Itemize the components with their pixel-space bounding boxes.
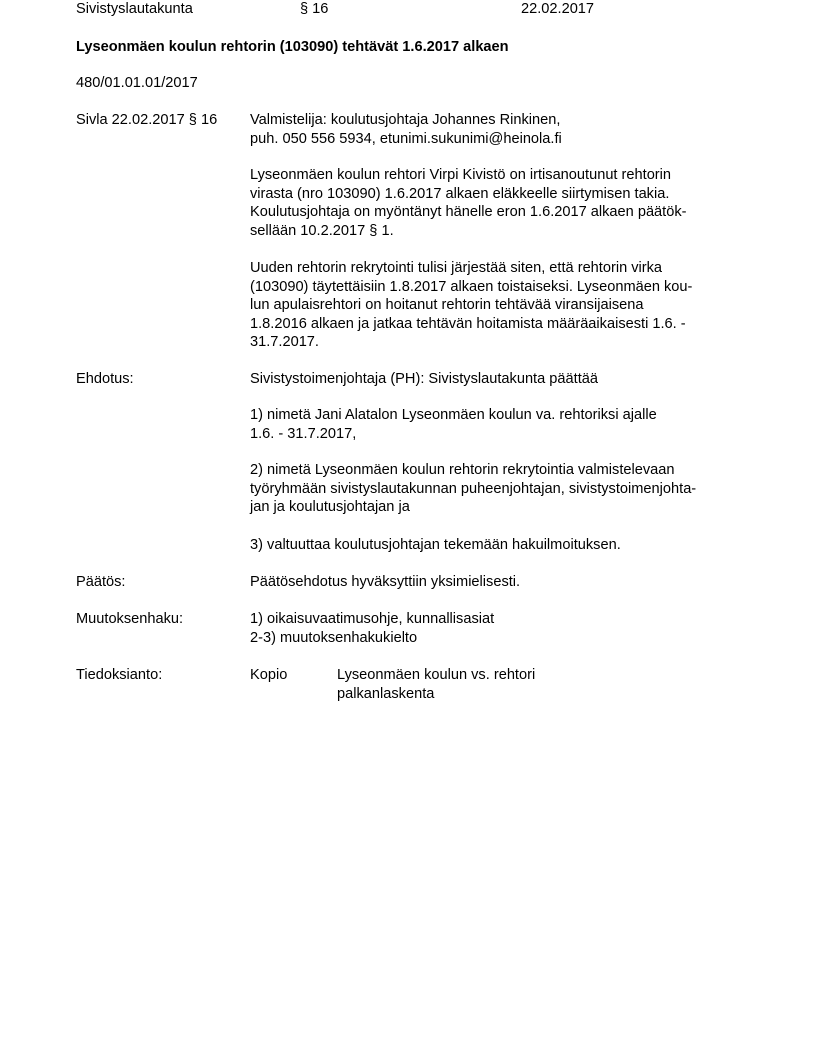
appeal-instructions: 1) oikaisuvaatimusohje, kunnallisasiat 2… (250, 610, 494, 647)
section-number: § 16 (300, 0, 328, 18)
document-title: Lyseonmäen koulun rehtorin (103090) teht… (76, 38, 509, 56)
preparer-info: Valmistelija: koulutusjohtaja Johannes R… (250, 111, 562, 148)
decision-label: Päätös: (76, 573, 126, 592)
text-line: 1.8.2016 alkaen ja jatkaa tehtävän hoita… (250, 315, 692, 334)
text-line: (103090) täytettäisiin 1.8.2017 alkaen t… (250, 278, 692, 297)
text-line: Koulutusjohtaja on myöntänyt hänelle ero… (250, 203, 687, 222)
text-line: Lyseonmäen koulun rehtori Virpi Kivistö … (250, 166, 687, 185)
preparation-label: Sivla 22.02.2017 § 16 (76, 111, 217, 130)
notification-type: Kopio (250, 666, 287, 685)
text-line: lun apulaisrehtori on hoitanut rehtorin … (250, 296, 692, 315)
notification-label: Tiedoksianto: (76, 666, 162, 685)
text-line: 1) nimetä Jani Alatalon Lyseonmäen koulu… (250, 406, 657, 425)
appeal-label: Muutoksenhaku: (76, 610, 183, 629)
text-line: 31.7.2017. (250, 333, 692, 352)
text-line: työryhmään sivistyslautakunnan puheenjoh… (250, 480, 696, 499)
notification-recipients: Lyseonmäen koulun vs. rehtori palkanlask… (337, 666, 535, 703)
proposal-item-2: 2) nimetä Lyseonmäen koulun rehtorin rek… (250, 461, 696, 517)
meeting-date: 22.02.2017 (521, 0, 594, 18)
recipient: Lyseonmäen koulun vs. rehtori (337, 666, 535, 685)
text-line: jan ja koulutusjohtajan ja (250, 498, 696, 517)
preparer-line: Valmistelija: koulutusjohtaja Johannes R… (250, 111, 562, 130)
diary-number: 480/01.01.01/2017 (76, 74, 198, 92)
recipient: palkanlaskenta (337, 685, 535, 704)
preparation-paragraph-1: Lyseonmäen koulun rehtori Virpi Kivistö … (250, 166, 687, 240)
text-line: Uuden rehtorin rekrytointi tulisi järjes… (250, 259, 692, 278)
text-line: 1.6. - 31.7.2017, (250, 425, 657, 444)
text-line: 1) oikaisuvaatimusohje, kunnallisasiat (250, 610, 494, 629)
text-line: virasta (nro 103090) 1.6.2017 alkaen elä… (250, 185, 687, 204)
text-line: 2-3) muutoksenhakukielto (250, 629, 494, 648)
text-line: 2) nimetä Lyseonmäen koulun rehtorin rek… (250, 461, 696, 480)
proposal-label: Ehdotus: (76, 370, 134, 389)
preparer-contact-line: puh. 050 556 5934, etunimi.sukunimi@hein… (250, 130, 562, 149)
proposal-item-3: 3) valtuuttaa koulutusjohtajan tekemään … (250, 536, 621, 555)
decision-text: Päätösehdotus hyväksyttiin yksimielisest… (250, 573, 520, 592)
committee-name: Sivistyslautakunta (76, 0, 193, 18)
proposal-item-1: 1) nimetä Jani Alatalon Lyseonmäen koulu… (250, 406, 657, 443)
text-line: sellään 10.2.2017 § 1. (250, 222, 687, 241)
proposal-intro: Sivistystoimenjohtaja (PH): Sivistyslaut… (250, 370, 598, 389)
preparation-paragraph-2: Uuden rehtorin rekrytointi tulisi järjes… (250, 259, 692, 352)
